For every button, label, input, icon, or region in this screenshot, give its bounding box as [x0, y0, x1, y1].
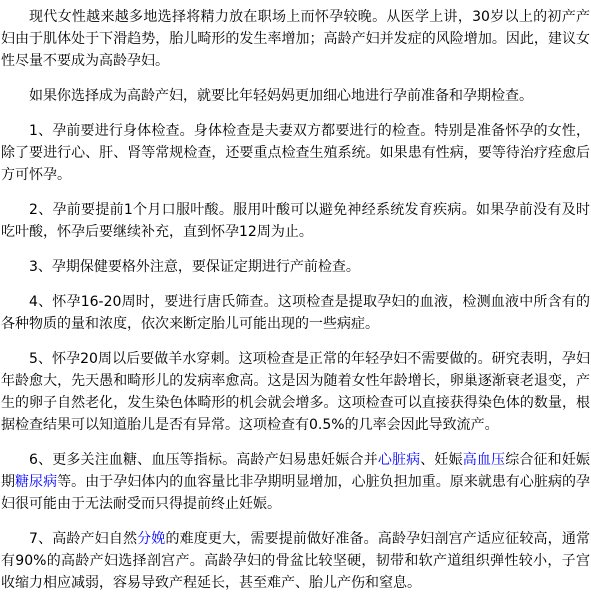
intro-paragraph: 现代女性越来越多地选择将精力放在职场上而怀孕较晚。从医学上讲，30岁以上的初产产… — [1, 6, 590, 72]
advice-paragraph: 如果你选择成为高龄产妇，就要比年轻妈妈更加细心地进行孕前准备和孕期检查。 — [1, 85, 590, 107]
list-item-7: 7、高龄产妇自然分娩的难度更大，需要提前做好准备。高龄孕妇剖宫产适应征较高，通常… — [1, 528, 590, 594]
list-item-5: 5、怀孕20周以后要做羊水穿刺。这项检查是正常的年轻孕妇不需要做的。研究表明，孕… — [1, 348, 590, 436]
link-hypertension[interactable]: 高血压 — [463, 452, 505, 468]
item-6-text: 、妊娠 — [420, 452, 462, 468]
article-body: 现代女性越来越多地选择将精力放在职场上而怀孕较晚。从医学上讲，30岁以上的初产产… — [0, 0, 591, 601]
list-item-6: 6、更多关注血糖、血压等指标。高龄产妇易患妊娠合并心脏病、妊娠高血压综合征和妊娠… — [1, 449, 590, 515]
list-item-2: 2、孕前要提前1个月口服叶酸。服用叶酸可以避免神经系统发育疾病。如果孕前没有及时… — [1, 199, 590, 243]
list-item-1: 1、孕前要进行身体检查。身体检查是夫妻双方都要进行的检查。特别是准备怀孕的女性，… — [1, 120, 590, 186]
list-item-3: 3、孕期保健要格外注意，要保证定期进行产前检查。 — [1, 256, 590, 278]
link-heart-disease[interactable]: 心脏病 — [378, 452, 420, 468]
item-6-text: 等。由于孕妇体内的血容量比非孕期明显增加，心脏负担加重。原来就患有心脏病的孕妇很… — [1, 474, 590, 512]
item-7-text: 7、高龄产妇自然 — [29, 531, 137, 547]
item-6-text: 6、更多关注血糖、血压等指标。高龄产妇易患妊娠合并 — [29, 452, 378, 468]
link-delivery[interactable]: 分娩 — [137, 531, 165, 547]
list-item-4: 4、怀孕16-20周时，要进行唐氏筛查。这项检查是提取孕妇的血液，检测血液中所含… — [1, 291, 590, 335]
link-diabetes[interactable]: 糖尿病 — [15, 474, 57, 490]
